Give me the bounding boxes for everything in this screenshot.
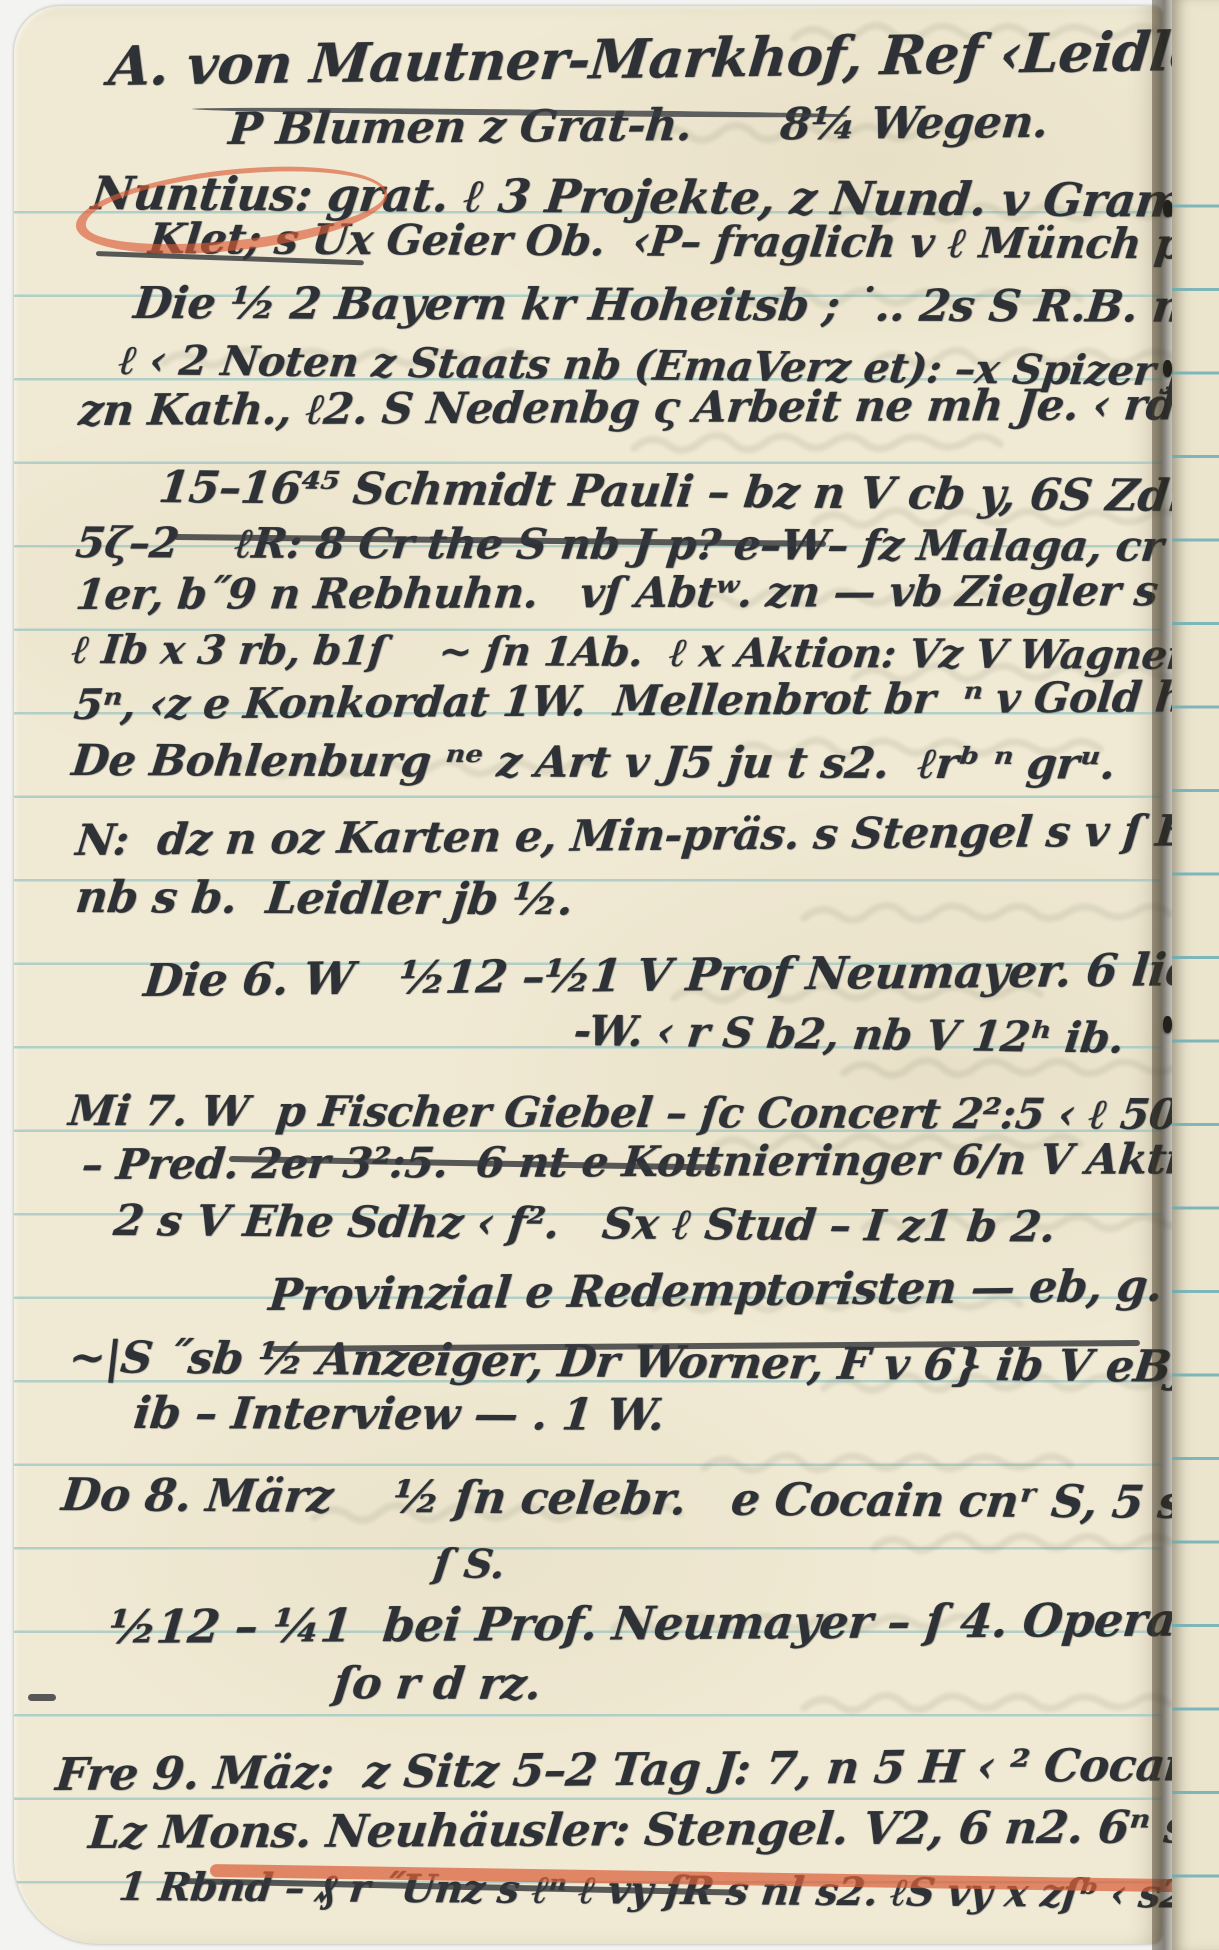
manuscript-line: Lz Mons. Neuhäusler: Stengel. V2, 6 n2. … [86, 1800, 1219, 1859]
next-page-edge [1172, 0, 1219, 1950]
manuscript-line: N: dz n oz Karten e, Min-präs. s Stengel… [74, 806, 1219, 866]
binding-stitch [1163, 200, 1172, 217]
manuscript-line: Mi 7. W p Fischer Giebel – ſc Concert 2²… [66, 1086, 1219, 1140]
notebook-page: A. von Mautner-Markhof, Ref ‹LeidlerP Bl… [14, 6, 1162, 1944]
manuscript-line: zn Kath., ℓ2. S Nedenbg ς Arbeit ne mh J… [77, 380, 1193, 436]
manuscript-line: 15–16⁴⁵ Schmidt Pauli – bz n V cb y, 6S … [156, 462, 1219, 523]
manuscript-line: nb s b. Leidler jb ½. [73, 872, 575, 926]
manuscript-line: Do 8. März ½ ſn celebr. e Cocain cnʳ S, … [59, 1468, 1219, 1529]
manuscript-line: A. von Mautner-Markhof, Ref ‹Leidler [106, 18, 1219, 98]
manuscript-line: ℓ Ib x 3 rb, b1ſ ~ ſn 1Ab. ℓ x Aktion: V… [69, 626, 1219, 679]
binding-stitch [1163, 360, 1172, 377]
margin-dash [28, 1694, 56, 1701]
manuscript-line: 5ζ–2 ℓR: 8 Cr the S nb J p? e–W– fz Mala… [73, 518, 1165, 572]
manuscript-line: De Bohlenburg ⁿᵉ z Art v J5 ju t s2. ℓrᵇ… [69, 736, 1117, 790]
manuscript-line: ½12 – ¼1 bei Prof. Neumayer – ſ 4. Opera… [106, 1592, 1219, 1654]
manuscript-line: ſo r d rz. [331, 1658, 543, 1710]
manuscript-line: Fre 9. Mäz: z Sitz 5–2 Tag J: 7, n 5 H ‹… [53, 1738, 1216, 1801]
binding-gutter [1152, 0, 1174, 1950]
manuscript-line: Provinzial e Redemptoristen — eb, g. Rat [267, 1260, 1219, 1321]
manuscript-line: ſ S. [431, 1540, 507, 1588]
manuscript-line: Die 6. W ½12 –½1 V Prof Neumayer. 6 lief… [141, 942, 1219, 1007]
handwriting-layer: A. von Mautner-Markhof, Ref ‹LeidlerP Bl… [14, 6, 1162, 1944]
manuscript-line: 1er, b˝9 n Rebhuhn. vſ Abtʷ. zn — vb Zie… [74, 566, 1219, 619]
manuscript-line: Die ½ 2 Bayern kr Hoheitsb ; ˙.. 2s S R.… [131, 278, 1186, 333]
manuscript-line: ib – Interview — . 1 W. [131, 1388, 666, 1441]
binding-stitch [1163, 1016, 1172, 1033]
manuscript-line: 5ⁿ, ‹z e Konkordat 1W. Mellenbrot br ⁿ v… [72, 672, 1219, 729]
next-page-ruled-lines [1172, 124, 1219, 1950]
manuscript-line: -W. ‹ r S b2, nb V 12ʰ ib. [571, 1006, 1126, 1063]
manuscript-line: 2 s V Ehe Sdhz ‹ f². Sx ℓ Stud – I z1 b … [111, 1196, 1058, 1253]
manuscript-line: P Blumen z Grat-h. 8¼ Wegen. [227, 97, 1051, 155]
